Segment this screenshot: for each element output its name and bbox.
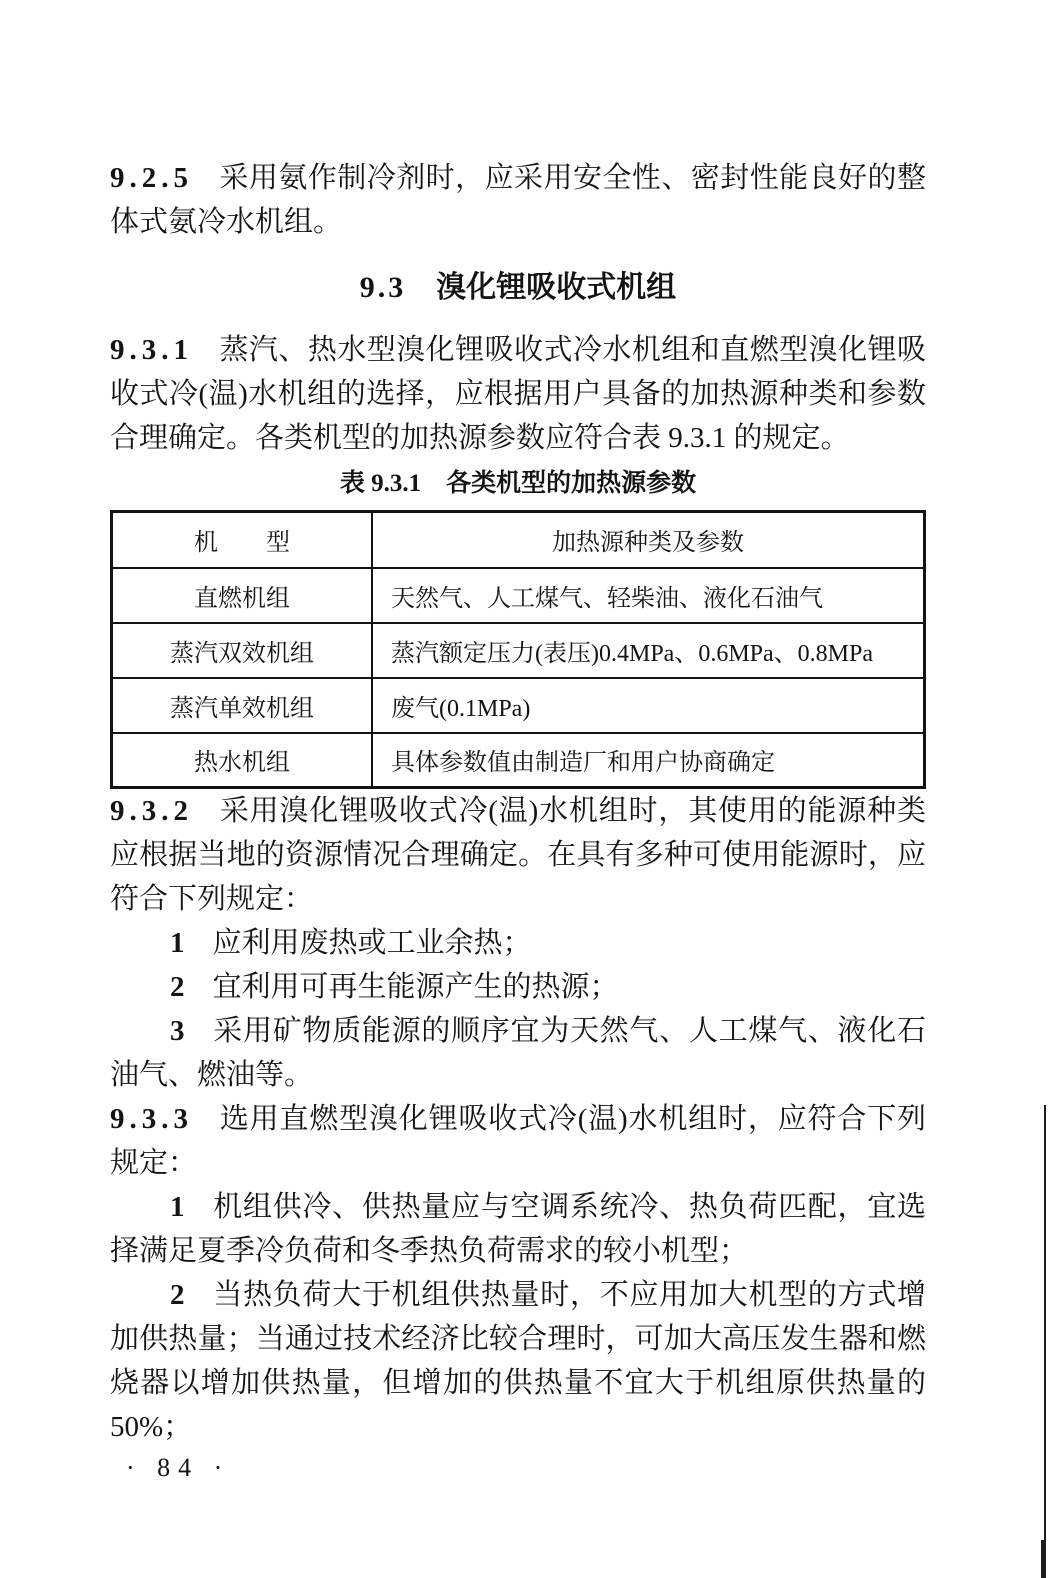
clause-text: 采用氨作制冷剂时，应采用安全性、密封性能良好的整体式氨冷水机组。 bbox=[110, 162, 926, 238]
section-heading-9-3: 9.3溴化锂吸收式机组 bbox=[110, 266, 926, 310]
page-number: · 84 · bbox=[126, 1450, 926, 1486]
clause-9-3-2: 9.3.2采用溴化锂吸收式冷(温)水机组时，其使用的能源种类应根据当地的资源情况… bbox=[110, 789, 926, 921]
list-item-9-3-3-2: 2当热负荷大于机组供热量时，不应用加大机型的方式增加供热量；当通过技术经济比较合… bbox=[110, 1273, 926, 1449]
table-row: 直燃机组 天然气、人工煤气、轻柴油、液化石油气 bbox=[112, 568, 925, 623]
cell-model: 直燃机组 bbox=[112, 568, 373, 623]
table-header-params: 加热源种类及参数 bbox=[372, 512, 925, 568]
cell-params: 蒸汽额定压力(表压)0.4MPa、0.6MPa、0.8MPa bbox=[372, 623, 925, 678]
page-content: 9.2.5采用氨作制冷剂时，应采用安全性、密封性能良好的整体式氨冷水机组。 9.… bbox=[110, 156, 926, 1486]
table-row: 蒸汽单效机组 废气(0.1MPa) bbox=[112, 678, 925, 733]
table-header-row: 机 型 加热源种类及参数 bbox=[112, 512, 925, 568]
item-text: 宜利用可再生能源产生的热源； bbox=[213, 971, 619, 1003]
cell-params: 天然气、人工煤气、轻柴油、液化石油气 bbox=[372, 568, 925, 623]
item-text: 应利用废热或工业余热； bbox=[213, 927, 532, 959]
clause-text: 采用溴化锂吸收式冷(温)水机组时，其使用的能源种类应根据当地的资源情况合理确定。… bbox=[110, 795, 926, 915]
item-number: 2 bbox=[170, 971, 185, 1003]
document-page: 9.2.5采用氨作制冷剂时，应采用安全性、密封性能良好的整体式氨冷水机组。 9.… bbox=[0, 0, 1051, 1578]
clause-9-3-3: 9.3.3选用直燃型溴化锂吸收式冷(温)水机组时，应符合下列规定： bbox=[110, 1097, 926, 1185]
scan-edge-artifact bbox=[1044, 1105, 1046, 1578]
table-row: 蒸汽双效机组 蒸汽额定压力(表压)0.4MPa、0.6MPa、0.8MPa bbox=[112, 623, 925, 678]
item-number: 3 bbox=[170, 1015, 185, 1047]
clause-text: 蒸汽、热水型溴化锂吸收式冷水机组和直燃型溴化锂吸收式冷(温)水机组的选择，应根据… bbox=[110, 334, 926, 454]
item-number: 1 bbox=[170, 1191, 185, 1223]
clause-9-2-5: 9.2.5采用氨作制冷剂时，应采用安全性、密封性能良好的整体式氨冷水机组。 bbox=[110, 156, 926, 244]
clause-9-3-1: 9.3.1蒸汽、热水型溴化锂吸收式冷水机组和直燃型溴化锂吸收式冷(温)水机组的选… bbox=[110, 328, 926, 460]
list-item-9-3-2-1: 1应利用废热或工业余热； bbox=[110, 921, 926, 965]
item-text: 采用矿物质能源的顺序宜为天然气、人工煤气、液化石油气、燃油等。 bbox=[110, 1015, 926, 1091]
cell-model: 蒸汽单效机组 bbox=[112, 678, 373, 733]
clause-number: 9.3.1 bbox=[110, 334, 193, 366]
item-text: 机组供冷、供热量应与空调系统冷、热负荷匹配，宜选择满足夏季冷负荷和冬季热负荷需求… bbox=[110, 1191, 926, 1267]
heating-source-table: 机 型 加热源种类及参数 直燃机组 天然气、人工煤气、轻柴油、液化石油气 蒸汽双… bbox=[110, 510, 926, 789]
item-number: 1 bbox=[170, 927, 185, 959]
item-number: 2 bbox=[170, 1279, 185, 1311]
cell-params: 具体参数值由制造厂和用户协商确定 bbox=[372, 733, 925, 788]
cell-model: 热水机组 bbox=[112, 733, 373, 788]
scan-edge-artifact-foot bbox=[1041, 1540, 1046, 1578]
cell-model: 蒸汽双效机组 bbox=[112, 623, 373, 678]
clause-number: 9.3.2 bbox=[110, 795, 193, 827]
table-row: 热水机组 具体参数值由制造厂和用户协商确定 bbox=[112, 733, 925, 788]
table-caption: 表 9.3.1 各类机型的加热源参数 bbox=[110, 466, 926, 502]
list-item-9-3-2-3: 3采用矿物质能源的顺序宜为天然气、人工煤气、液化石油气、燃油等。 bbox=[110, 1009, 926, 1097]
clause-number: 9.3.3 bbox=[110, 1103, 193, 1135]
clause-text: 选用直燃型溴化锂吸收式冷(温)水机组时，应符合下列规定： bbox=[110, 1103, 926, 1179]
list-item-9-3-2-2: 2宜利用可再生能源产生的热源； bbox=[110, 965, 926, 1009]
table-header-model: 机 型 bbox=[112, 512, 373, 568]
section-title: 溴化锂吸收式机组 bbox=[436, 271, 676, 304]
list-item-9-3-3-1: 1机组供冷、供热量应与空调系统冷、热负荷匹配，宜选择满足夏季冷负荷和冬季热负荷需… bbox=[110, 1185, 926, 1273]
clause-number: 9.2.5 bbox=[110, 162, 193, 194]
item-text: 当热负荷大于机组供热量时，不应用加大机型的方式增加供热量；当通过技术经济比较合理… bbox=[110, 1279, 926, 1443]
section-number: 9.3 bbox=[360, 271, 407, 304]
cell-params: 废气(0.1MPa) bbox=[372, 678, 925, 733]
